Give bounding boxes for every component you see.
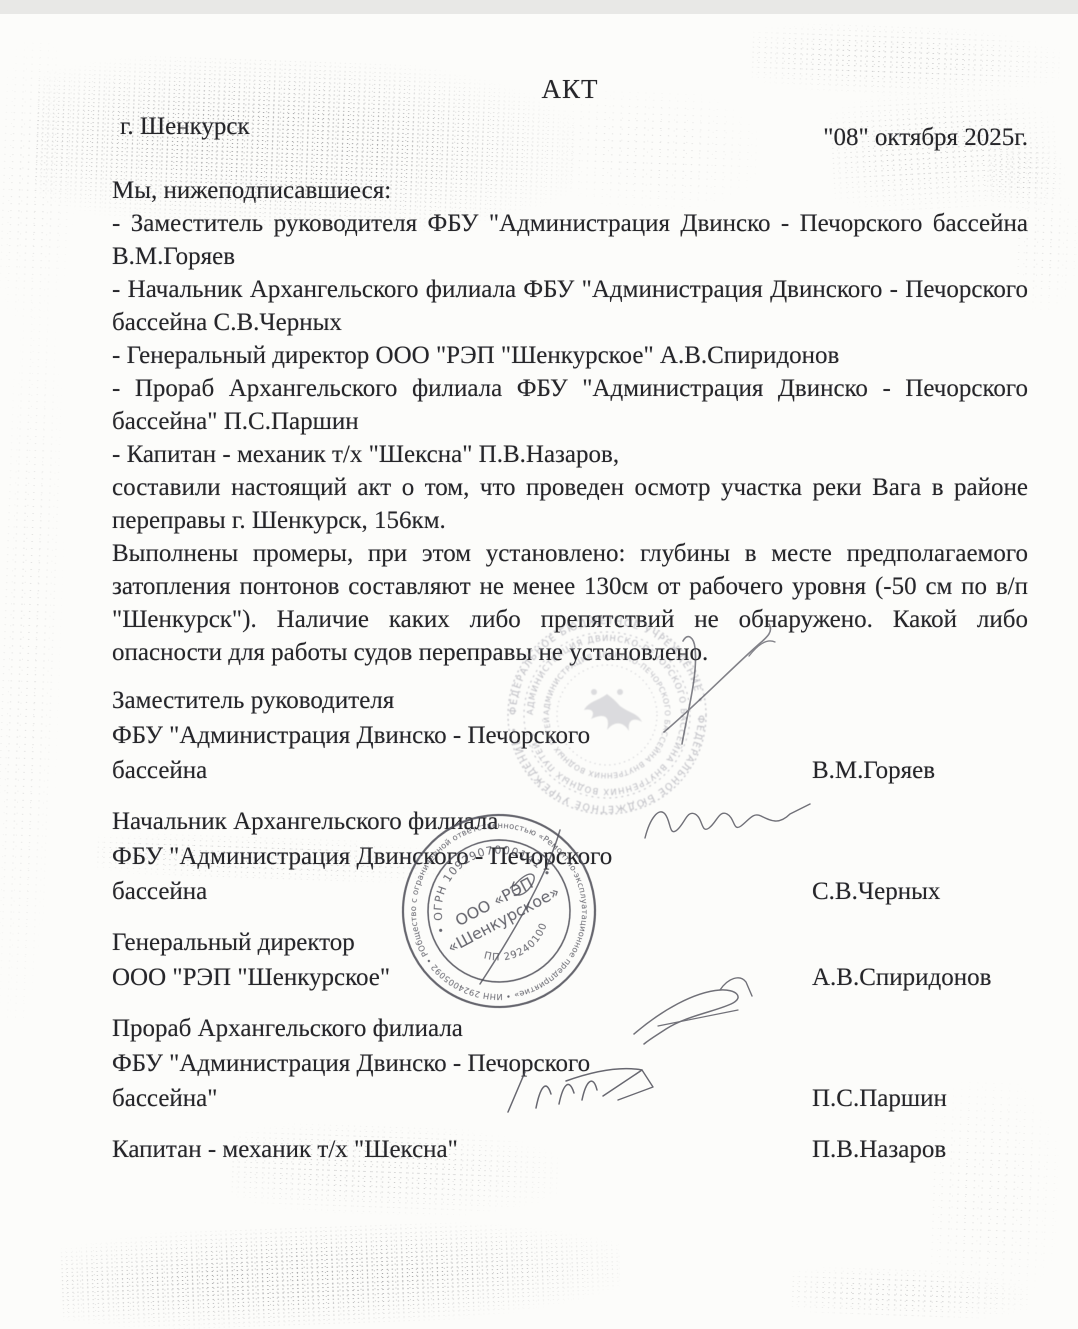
role-line: бассейна [112, 874, 762, 909]
signature-block: Заместитель руководителя ФБУ "Администра… [112, 683, 1028, 788]
role-line: ООО "РЭП "Шенкурское" [112, 960, 762, 995]
role-line: Генеральный директор [112, 925, 762, 960]
signature-role: Капитан - механик т/х "Шексна" [112, 1132, 762, 1167]
role-line: бассейна [112, 753, 762, 788]
document-title: АКТ [112, 74, 1028, 104]
intro-line: Мы, нижеподписавшиеся: [112, 174, 1028, 207]
signatory-line: - Начальник Архангельского филиала ФБУ "… [112, 273, 1028, 339]
body-paragraph: Выполнены промеры, при этом установлено:… [112, 537, 1028, 669]
scan-noise [0, 299, 73, 1021]
role-line: Заместитель руководителя [112, 683, 762, 718]
signatory-name: П.С.Паршин [812, 1081, 1028, 1116]
signature-section: Заместитель руководителя ФБУ "Администра… [112, 683, 1028, 1167]
signature-block: Прораб Архангельского филиала ФБУ "Админ… [112, 1011, 1028, 1116]
role-line: ФБУ "Администрация Двинско - Печорского [112, 718, 762, 753]
document-date: "08" октября 2025г. [823, 121, 1028, 154]
scan-noise [58, 1215, 621, 1329]
scanned-act-document: АКТ г. Шенкурск "08" октября 2025г. Мы, … [0, 0, 1078, 1329]
document-place: г. Шенкурск [120, 110, 250, 143]
signature-role: Заместитель руководителя ФБУ "Администра… [112, 683, 762, 788]
role-line: Капитан - механик т/х "Шексна" [112, 1132, 762, 1167]
signature-block: Начальник Архангельского филиала ФБУ "Ад… [112, 804, 1028, 909]
scan-noise [789, 1264, 1031, 1324]
signature-role: Начальник Архангельского филиала ФБУ "Ад… [112, 804, 762, 909]
scan-edge-band [0, 0, 1078, 14]
signature-block: Капитан - механик т/х "Шексна" П.В.Назар… [112, 1132, 1028, 1167]
role-line: Прораб Архангельского филиала [112, 1011, 762, 1046]
signatory-line: - Генеральный директор ООО "РЭП "Шенкурс… [112, 339, 1028, 372]
document-content: АКТ г. Шенкурск "08" октября 2025г. Мы, … [112, 74, 1028, 1183]
scan-noise [0, 39, 80, 321]
role-line: бассейна" [112, 1081, 762, 1116]
signatory-line: - Заместитель руководителя ФБУ "Админист… [112, 207, 1028, 273]
signature-role: Генеральный директор ООО "РЭП "Шенкурско… [112, 925, 762, 995]
signature-block: Генеральный директор ООО "РЭП "Шенкурско… [112, 925, 1028, 995]
signatory-name: А.В.Спиридонов [812, 960, 1028, 995]
document-header: г. Шенкурск "08" октября 2025г. [112, 108, 1028, 154]
role-line: Начальник Архангельского филиала [112, 804, 762, 839]
role-line: ФБУ "Администрация Двинско - Печорского [112, 1046, 762, 1081]
role-line: ФБУ "Администрация Двинского - Печорског… [112, 839, 762, 874]
signatory-name: В.М.Горяев [812, 753, 1028, 788]
body-paragraph: составили настоящий акт о том, что прове… [112, 471, 1028, 537]
signatory-line: - Капитан - механик т/х "Шексна" П.В.Наз… [112, 438, 1028, 471]
signatory-line: - Прораб Архангельского филиала ФБУ "Адм… [112, 372, 1028, 438]
signatory-name: П.В.Назаров [812, 1132, 1028, 1167]
signature-role: Прораб Архангельского филиала ФБУ "Админ… [112, 1011, 762, 1116]
signatory-name: С.В.Черных [812, 874, 1028, 909]
